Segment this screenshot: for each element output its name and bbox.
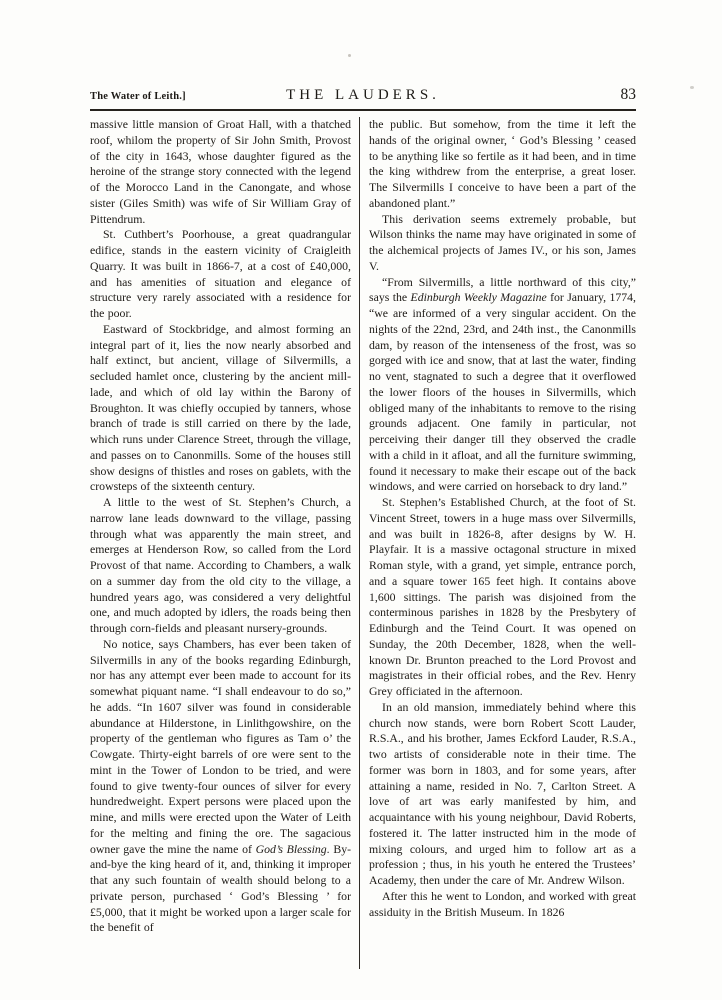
page-header: The Water of Leith.] THE LAUDERS. 83 xyxy=(90,86,636,104)
text-columns: massive little mansion of Groat Hall, wi… xyxy=(90,117,636,969)
paragraph: Eastward of Stockbridge, and almost form… xyxy=(90,322,351,495)
paragraph: A little to the west of St. Stephen’s Ch… xyxy=(90,495,351,637)
paragraph: the public. But somehow, from the time i… xyxy=(369,117,636,212)
paragraph: No notice, says Chambers, has ever been … xyxy=(90,637,351,936)
running-title: The Water of Leith.] xyxy=(90,91,248,102)
scan-speck xyxy=(348,54,351,57)
paragraph-text: No notice, says Chambers, has ever been … xyxy=(90,637,351,856)
paragraph: St. Cuthbert’s Poorhouse, a great quadra… xyxy=(90,227,351,322)
paragraph: “From Silvermills, a little northward of… xyxy=(369,275,636,496)
italic-phrase: Edinburgh Weekly Magazine xyxy=(410,290,546,304)
paragraph-text: Eastward of Stockbridge, and almost form… xyxy=(90,322,351,494)
left-column: massive little mansion of Groat Hall, wi… xyxy=(90,117,360,969)
paragraph: massive little mansion of Groat Hall, wi… xyxy=(90,117,351,227)
paragraph: After this he went to London, and worked… xyxy=(369,889,636,921)
paragraph: This derivation seems extremely probable… xyxy=(369,212,636,275)
paragraph-text: St. Cuthbert’s Poorhouse, a great quadra… xyxy=(90,227,351,320)
paragraph-text: the public. But somehow, from the time i… xyxy=(369,117,636,210)
paragraph-text: In an old mansion, immediately behind wh… xyxy=(369,700,636,887)
page-number: 83 xyxy=(478,86,636,104)
paragraph: In an old mansion, immediately behind wh… xyxy=(369,700,636,889)
paragraph-text: This derivation seems extremely probable… xyxy=(369,212,636,273)
paragraph-text: St. Stephen’s Established Church, at the… xyxy=(369,495,636,698)
paragraph: St. Stephen’s Established Church, at the… xyxy=(369,495,636,700)
page-title: THE LAUDERS. xyxy=(248,87,478,104)
book-page-scan: The Water of Leith.] THE LAUDERS. 83 mas… xyxy=(0,0,722,1000)
paragraph-text: A little to the west of St. Stephen’s Ch… xyxy=(90,495,351,635)
italic-phrase: God’s Blessing xyxy=(256,842,327,856)
scan-speck xyxy=(690,86,694,89)
paragraph-text: After this he went to London, and worked… xyxy=(369,889,636,919)
paragraph-text: for January, 1774, “we are informed of a… xyxy=(369,290,636,493)
paragraph-text: massive little mansion of Groat Hall, wi… xyxy=(90,117,351,226)
header-rule xyxy=(90,109,636,111)
right-column: the public. But somehow, from the time i… xyxy=(360,117,636,969)
